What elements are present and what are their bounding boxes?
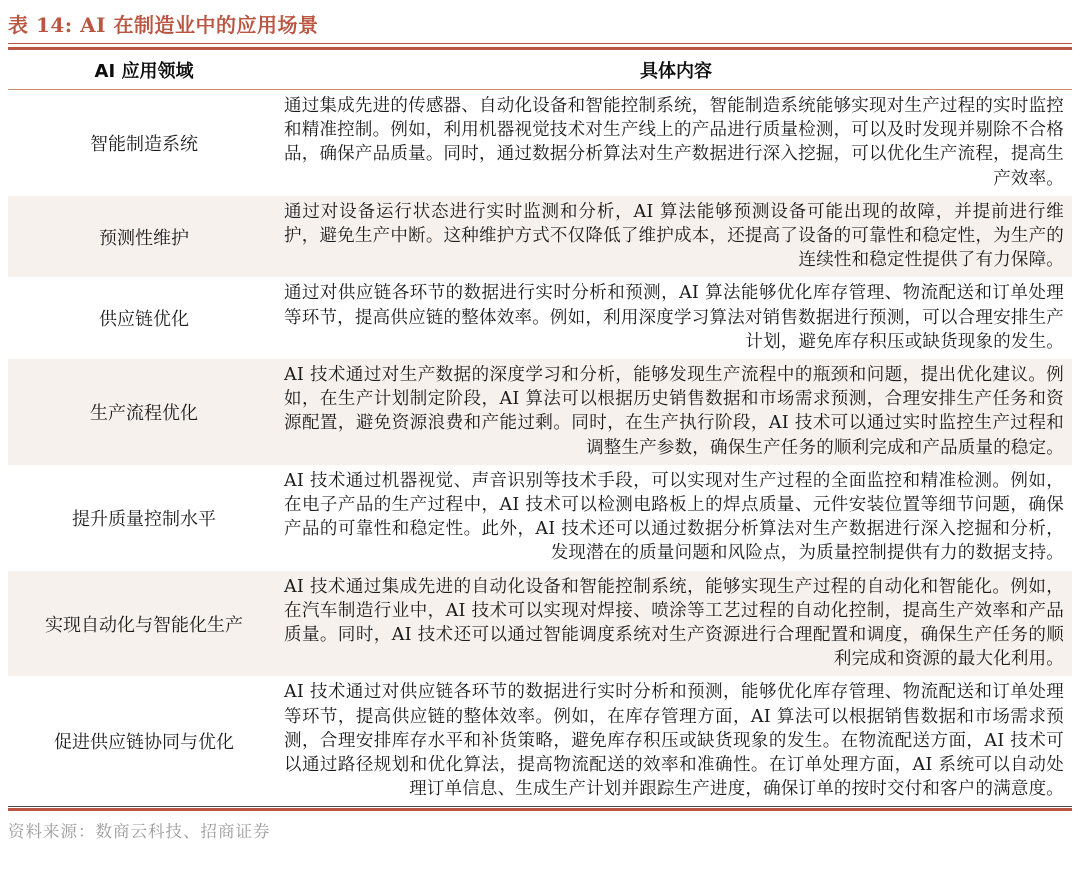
table-row: 预测性维护 通过对设备运行状态进行实时监测和分析，AI 算法能够预测设备可能出现… [8, 196, 1072, 278]
report-table-page: 表 14: AI 在制造业中的应用场景 AI 应用领域 具体内容 智能制造系统 … [8, 0, 1072, 842]
row-content-text: AI 技术通过对生产数据的深度学习和分析，能够发现生产流程中的瓶颈和问题，提出优… [280, 359, 1072, 465]
table-row: 供应链优化 通过对供应链各环节的数据进行实时分析和预测，AI 算法能够优化库存管… [8, 277, 1072, 359]
row-field-label: 提升质量控制水平 [8, 465, 280, 571]
table-row: 实现自动化与智能化生产 AI 技术通过集成先进的自动化设备和智能控制系统，能够实… [8, 571, 1072, 677]
row-content-text: 通过对供应链各环节的数据进行实时分析和预测，AI 算法能够优化库存管理、物流配送… [280, 277, 1072, 359]
row-content-text: AI 技术通过集成先进的自动化设备和智能控制系统，能够实现生产过程的自动化和智能… [280, 571, 1072, 677]
row-field-label: 供应链优化 [8, 277, 280, 359]
row-field-label: 智能制造系统 [8, 90, 280, 196]
table-row: 提升质量控制水平 AI 技术通过机器视觉、声音识别等技术手段，可以实现对生产过程… [8, 465, 1072, 571]
column-header-field: AI 应用领域 [8, 57, 280, 83]
table-row: 促进供应链协同与优化 AI 技术通过对供应链各环节的数据进行实时分析和预测，能够… [8, 676, 1072, 806]
row-content-text: 通过对设备运行状态进行实时监测和分析，AI 算法能够预测设备可能出现的故障，并提… [280, 196, 1072, 278]
source-note: 资料来源：数商云科技、招商证券 [8, 811, 1072, 842]
row-content-text: AI 技术通过对供应链各环节的数据进行实时分析和预测，能够优化库存管理、物流配送… [280, 676, 1072, 806]
row-field-label: 生产流程优化 [8, 359, 280, 465]
title-divider [8, 43, 1072, 50]
table-row: 智能制造系统 通过集成先进的传感器、自动化设备和智能控制系统，智能制造系统能够实… [8, 90, 1072, 196]
row-content-text: 通过集成先进的传感器、自动化设备和智能控制系统，智能制造系统能够实现对生产过程的… [280, 90, 1072, 196]
row-field-label: 实现自动化与智能化生产 [8, 571, 280, 677]
row-content-text: AI 技术通过机器视觉、声音识别等技术手段，可以实现对生产过程的全面监控和精准检… [280, 465, 1072, 571]
table-title: 表 14: AI 在制造业中的应用场景 [8, 8, 1072, 43]
table-body: 智能制造系统 通过集成先进的传感器、自动化设备和智能控制系统，智能制造系统能够实… [8, 90, 1072, 807]
row-field-label: 促进供应链协同与优化 [8, 676, 280, 806]
table-header-row: AI 应用领域 具体内容 [8, 50, 1072, 90]
row-field-label: 预测性维护 [8, 196, 280, 278]
column-header-content: 具体内容 [280, 57, 1072, 83]
table-row: 生产流程优化 AI 技术通过对生产数据的深度学习和分析，能够发现生产流程中的瓶颈… [8, 359, 1072, 465]
